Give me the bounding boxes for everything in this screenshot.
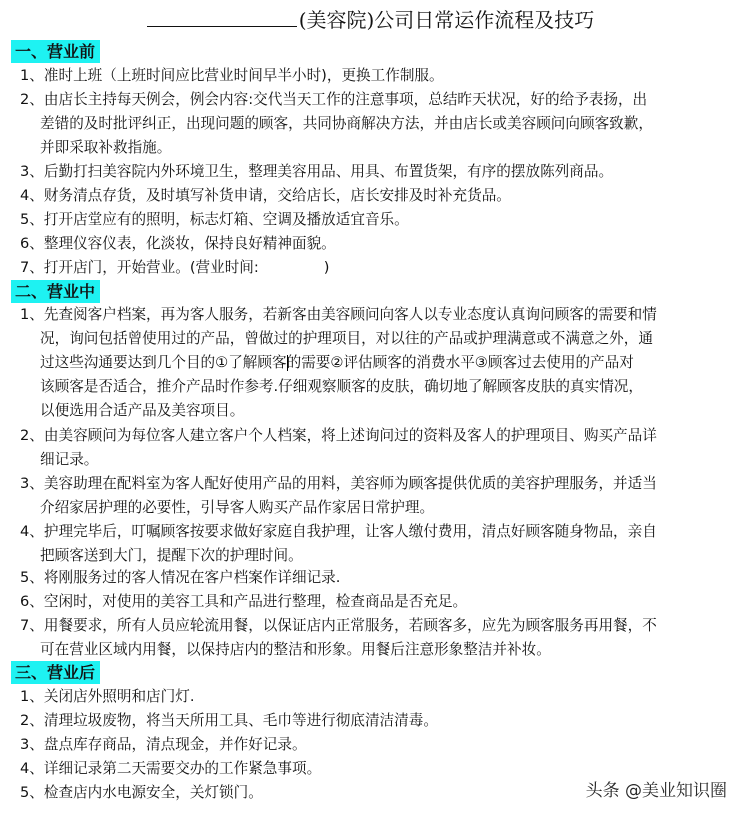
watermark: 头条 @美业知识圈 (586, 776, 727, 801)
section-heading-during-business: 二、营业中 (11, 280, 100, 303)
list-item: 7、用餐要求，所有人员应轮流用餐，以保证店内正常服务，若顾客多，应先为顾客服务再… (20, 614, 720, 662)
section-heading-before-business: 一、营业前 (11, 40, 100, 63)
list-item: 4、财务清点存货，及时填写补货申请，交给店长，店长安排及时补充货品。 (20, 184, 720, 208)
list-item: 2、由店长主持每天例会，例会内容:交代当天工作的注意事项，总结昨天状况，好的给予… (20, 88, 720, 160)
list-item: 1、准时上班（上班时间应比营业时间早半小时)，更换工作制服。 (20, 64, 720, 88)
item-line: 7、打开店门，开始营业。(营业时间: ) (20, 256, 720, 280)
item-line: 3、后勤打扫美容院内外环境卫生，整理美容用品、用具、布置货架，有序的摆放陈列商品… (20, 160, 720, 184)
list-item: 6、整理仪容仪表，化淡妆，保持良好精神面貌。 (20, 232, 720, 256)
item-line: 况，询问包括曾使用过的产品，曾做过的护理项目，对以往的产品或护理满意或不满意之外… (20, 327, 720, 351)
item-line-part: 过这些沟通要达到几个目的①了解顾客 (40, 354, 287, 371)
list-item: 3、美容助理在配料室为客人配好使用产品的用料，美容师为顾客提供优质的美容护理服务… (20, 472, 720, 520)
item-line: 6、空闲时，对使用的美容工具和产品进行整理，检查商品是否充足。 (20, 590, 720, 614)
item-line: 5、打开店堂应有的照明，标志灯箱、空调及播放适宜音乐。 (20, 208, 720, 232)
item-line: 5、将刚服务过的客人情况在客户档案作详细记录. (20, 566, 720, 590)
item-line: 1、先查阅客户档案，再为客人服务，若新客由美容顾问向客人以专业态度认真询问顾客的… (20, 303, 720, 327)
item-line: 1、准时上班（上班时间应比营业时间早半小时)，更换工作制服。 (20, 64, 720, 88)
item-line: 把顾客送到大门，提醒下次的护理时间。 (20, 544, 720, 568)
list-item: 1、关闭店外照明和店门灯. (20, 685, 720, 709)
item-line: 该顾客是否适合，推介产品时作参考.仔细观察顺客的皮肤，确切地了解顾客皮肤的真实情… (20, 375, 720, 399)
item-line: 3、盘点库存商品，清点现金，并作好记录。 (20, 733, 720, 757)
list-item: 5、打开店堂应有的照明，标志灯箱、空调及播放适宜音乐。 (20, 208, 720, 232)
item-line: 介绍家居护理的必要性，引导客人购买产品作家居日常护理。 (20, 496, 720, 520)
item-line: 4、护理完毕后，叮嘱顾客按要求做好家庭自我护理，让客人缴付费用，清点好顾客随身物… (20, 520, 720, 544)
item-line: 1、关闭店外照明和店门灯. (20, 685, 720, 709)
title-text: (美容院)公司日常运作流程及技巧 (299, 8, 595, 32)
list-item: 4、护理完毕后，叮嘱顾客按要求做好家庭自我护理，让客人缴付费用，清点好顾客随身物… (20, 520, 720, 568)
list-item: 3、后勤打扫美容院内外环境卫生，整理美容用品、用具、布置货架，有序的摆放陈列商品… (20, 160, 720, 184)
item-line[interactable]: 过这些沟通要达到几个目的①了解顾客的需要②评估顾客的消费水平③顾客过去使用的产品… (20, 351, 720, 375)
item-line: 7、用餐要求，所有人员应轮流用餐，以保证店内正常服务，若顾客多，应先为顾客服务再… (20, 614, 720, 638)
document-title: (美容院)公司日常运作流程及技巧 (0, 6, 741, 34)
item-line: 2、由店长主持每天例会，例会内容:交代当天工作的注意事项，总结昨天状况，好的给予… (20, 88, 720, 112)
item-line: 以便选用合适产品及美容项目。 (20, 399, 720, 423)
section-heading-after-business: 三、营业后 (11, 661, 100, 684)
list-item: 7、打开店门，开始营业。(营业时间: ) (20, 256, 720, 280)
item-line: 6、整理仪容仪表，化淡妆，保持良好精神面貌。 (20, 232, 720, 256)
item-line: 细记录。 (20, 448, 720, 472)
list-item: 2、由美容顾问为每位客人建立客户个人档案，将上述询问过的资料及客人的护理项目、购… (20, 424, 720, 472)
list-item: 5、将刚服务过的客人情况在客户档案作详细记录. (20, 566, 720, 590)
item-line: 2、清理垃圾废物，将当天所用工具、毛巾等进行彻底清洁清毒。 (20, 709, 720, 733)
list-item: 2、清理垃圾废物，将当天所用工具、毛巾等进行彻底清洁清毒。 (20, 709, 720, 733)
item-line: 并即采取补救指施。 (20, 136, 720, 160)
item-line: 可在营业区域内用餐，以保持店内的整洁和形象。用餐后注意形象整洁并补妆。 (20, 638, 720, 662)
list-item: 1、先查阅客户档案，再为客人服务，若新客由美容顾问向客人以专业态度认真询问顾客的… (20, 303, 720, 423)
item-line: 2、由美容顾问为每位客人建立客户个人档案，将上述询问过的资料及客人的护理项目、购… (20, 424, 720, 448)
item-line-part: 的需要②评估顾客的消费水平③顾客过去使用的产品对 (287, 354, 634, 371)
list-item: 6、空闲时，对使用的美容工具和产品进行整理，检查商品是否充足。 (20, 590, 720, 614)
list-item: 3、盘点库存商品，清点现金，并作好记录。 (20, 733, 720, 757)
item-line: 差错的及时批评纠正，出现问题的顾客，共同协商解决方法，并由店长或美容顾问向顾客致… (20, 112, 720, 136)
title-blank-line (147, 6, 297, 27)
item-line: 4、财务清点存货，及时填写补货申请，交给店长，店长安排及时补充货品。 (20, 184, 720, 208)
item-line: 3、美容助理在配料室为客人配好使用产品的用料，美容师为顾客提供优质的美容护理服务… (20, 472, 720, 496)
